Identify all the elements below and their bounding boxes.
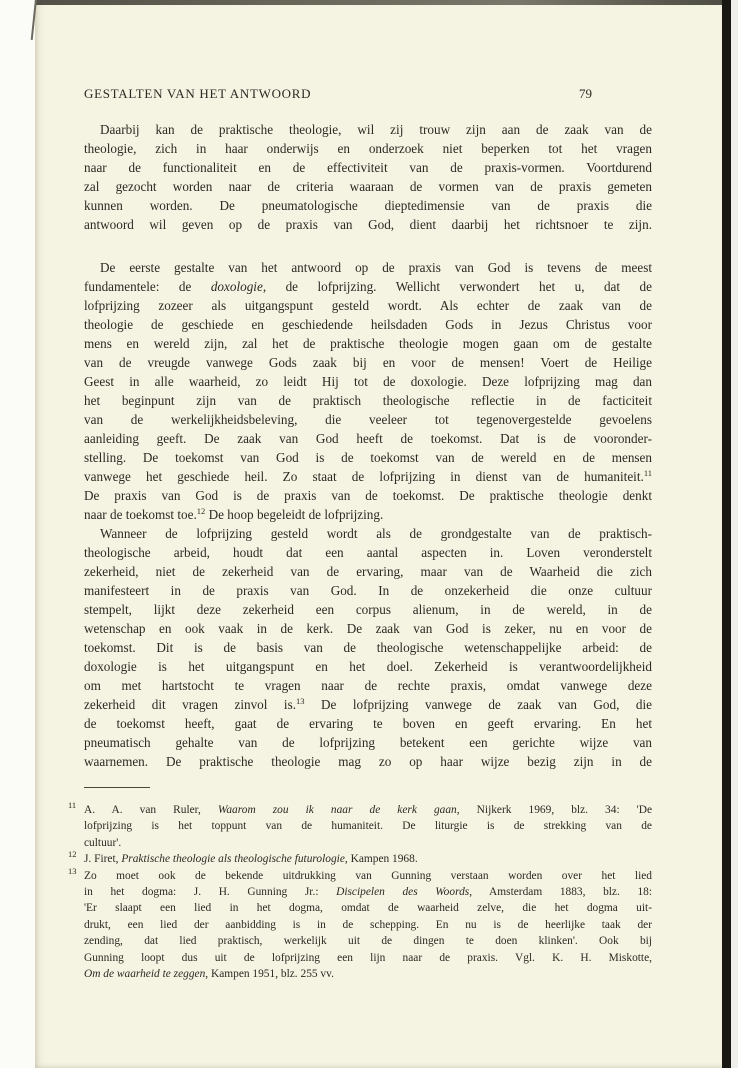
- scan-right-edge-bar: [722, 0, 731, 1068]
- text-line: manifesteert in de praxis van God. In de…: [84, 581, 652, 600]
- text-line: Geest in alle waarheid, zo leidt Hij tot…: [84, 372, 652, 391]
- footnote: 13Zo moet ook de bekende uitdrukking van…: [84, 868, 652, 983]
- footnote-ref: 13: [296, 696, 305, 706]
- text-segment: manifesteert in de praxis van God. In de…: [84, 583, 652, 598]
- text-line: De praxis van God is de praxis van de to…: [84, 486, 652, 505]
- footnote-ref: 12: [197, 506, 206, 516]
- italic-text: doxologie: [211, 279, 263, 294]
- text-segment: pneumatisch gehalte van de lofprijzing b…: [84, 735, 652, 750]
- text-line: het beginpunt zijn van de praktisch theo…: [84, 391, 652, 410]
- footnote-number: 12: [68, 849, 77, 859]
- text-line: Zo moet ook de bekende uitdrukking van G…: [84, 868, 652, 884]
- page-content: GESTALTEN VAN HET ANTWOORD 79 Daarbij ka…: [84, 86, 652, 982]
- footnotes: 11A. A. van Ruler, Waarom zou ik naar de…: [84, 802, 652, 982]
- text-segment: theologie, zich in haar onderwijs en ond…: [84, 141, 652, 156]
- text-segment: zending, dat lied praktisch, werkelijk u…: [84, 935, 652, 947]
- text-segment: de toekomst heeft, gaat de ervaring te b…: [84, 716, 652, 731]
- paragraph: Daarbij kan de praktische theologie, wil…: [84, 120, 652, 234]
- italic-text: Om de waarheid te zeggen: [84, 968, 205, 980]
- text-line: antwoord wil geven op de praxis van God,…: [84, 215, 652, 234]
- text-line: kunnen worden. De pneumatologische diept…: [84, 196, 652, 215]
- text-segment: antwoord wil geven op de praxis van God,…: [84, 217, 652, 232]
- text-line: zekerheid dit vragen zinvol is.13 De lof…: [84, 695, 652, 714]
- text-line: in het dogma: J. H. Gunning Jr.: Discipe…: [84, 884, 652, 900]
- text-segment: , Amsterdam 1883, blz. 18:: [469, 886, 652, 898]
- text-line: mens en wereld zijn, zal het de praktisc…: [84, 334, 652, 353]
- text-segment: vanwege het geschiede heil. Zo staat de …: [84, 469, 644, 484]
- text-segment: stelling. De toekomst van God is de toek…: [84, 450, 652, 465]
- text-segment: mens en wereld zijn, zal het de praktisc…: [84, 336, 652, 351]
- text-segment: Zo moet ook de bekende uitdrukking van G…: [84, 870, 652, 882]
- text-line: fundamentele: de doxologie, de lofprijzi…: [84, 277, 652, 296]
- text-segment: drukt, een lied der aanbidding is in de …: [84, 919, 652, 931]
- text-segment: De eerste gestalte van het antwoord op d…: [100, 260, 652, 275]
- text-line: drukt, een lied der aanbidding is in de …: [84, 917, 652, 933]
- text-line: 'Er slaapt een lied in het dogma, omdat …: [84, 900, 652, 916]
- scan-right-margin: [731, 0, 738, 1068]
- text-segment: J. Firet,: [84, 853, 121, 865]
- text-line: toekomst. Dit is de basis van de theolog…: [84, 638, 652, 657]
- text-segment: toekomst. Dit is de basis van de theolog…: [84, 640, 652, 655]
- text-segment: aanleiding geeft. De zaak van God heeft …: [84, 431, 652, 446]
- text-segment: De hoop begeleidt de lofprijzing.: [205, 507, 383, 522]
- page-number: 79: [579, 86, 592, 102]
- scanned-book-page: { "colors": { "paper": "#f5f3e2", "ink":…: [0, 0, 738, 1068]
- text-segment: , Nijkerk 1969, blz. 34: 'De: [457, 804, 652, 816]
- text-segment: waarnemen. De praktische theologie mag z…: [84, 754, 652, 769]
- text-line: zending, dat lied praktisch, werkelijk u…: [84, 933, 652, 949]
- paragraph: Wanneer de lofprijzing gesteld wordt als…: [84, 524, 652, 771]
- text-line: naar de functionaliteit en de effectivit…: [84, 158, 652, 177]
- italic-text: Waarom zou ik naar de kerk gaan: [218, 804, 457, 816]
- text-line: De eerste gestalte van het antwoord op d…: [84, 258, 652, 277]
- text-line: wetenschap en ook vaak in de kerk. De za…: [84, 619, 652, 638]
- text-segment: kunnen worden. De pneumatologische diept…: [84, 198, 652, 213]
- text-segment: stempelt, lijkt deze zekerheid een corpu…: [84, 602, 652, 617]
- text-line: vanwege het geschiede heil. Zo staat de …: [84, 467, 652, 486]
- text-segment: A. A. van Ruler,: [84, 804, 218, 816]
- text-segment: fundamentele: de: [84, 279, 211, 294]
- text-segment: lofprijzing zozeer als uitgangspunt gest…: [84, 298, 652, 313]
- paragraph: De eerste gestalte van het antwoord op d…: [84, 258, 652, 524]
- text-segment: om met hartstocht te vragen naar de rech…: [84, 678, 652, 693]
- text-segment: wetenschap en ook vaak in de kerk. De za…: [84, 621, 652, 636]
- text-segment: De lofprijzing vanwege de zaak van God, …: [305, 697, 652, 712]
- text-segment: Gunning loopt dus uit de lofprijzing een…: [84, 952, 652, 964]
- text-line: aanleiding geeft. De zaak van God heeft …: [84, 429, 652, 448]
- text-line: pneumatisch gehalte van de lofprijzing b…: [84, 733, 652, 752]
- footnote: 12J. Firet, Praktische theologie als the…: [84, 851, 652, 867]
- text-line: de toekomst heeft, gaat de ervaring te b…: [84, 714, 652, 733]
- text-segment: Wanneer de lofprijzing gesteld wordt als…: [100, 526, 652, 541]
- footnote-number: 11: [68, 800, 76, 810]
- text-line: Gunning loopt dus uit de lofprijzing een…: [84, 950, 652, 966]
- italic-text: Praktische theologie als theologische fu…: [121, 853, 345, 865]
- text-segment: cultuur'.: [84, 837, 121, 849]
- text-line: cultuur'.: [84, 835, 652, 851]
- scan-top-edge: [36, 0, 723, 5]
- text-segment: naar de toekomst toe.: [84, 507, 197, 522]
- running-header: GESTALTEN VAN HET ANTWOORD 79: [84, 86, 652, 102]
- text-segment: zal gezocht worden naar de criteria waar…: [84, 179, 652, 194]
- text-segment: De praxis van God is de praxis van de to…: [84, 488, 652, 503]
- text-line: theologie de geschiede en geschiedende h…: [84, 315, 652, 334]
- text-segment: , de lofprijzing. Wellicht verwondert he…: [263, 279, 652, 294]
- text-line: lofprijzing is het toppunt van de humani…: [84, 818, 652, 834]
- text-segment: van de werkelijkheidsbeleving, die veele…: [84, 412, 652, 427]
- footnote-rule: [84, 787, 150, 788]
- text-segment: , Kampen 1968.: [345, 853, 418, 865]
- text-segment: het beginpunt zijn van de praktisch theo…: [84, 393, 652, 408]
- text-line: Wanneer de lofprijzing gesteld wordt als…: [84, 524, 652, 543]
- text-segment: 'Er slaapt een lied in het dogma, omdat …: [84, 902, 652, 914]
- text-line: theologie, zich in haar onderwijs en ond…: [84, 139, 652, 158]
- text-line: stelling. De toekomst van God is de toek…: [84, 448, 652, 467]
- text-line: Daarbij kan de praktische theologie, wil…: [84, 120, 652, 139]
- text-segment: Daarbij kan de praktische theologie, wil…: [100, 122, 652, 137]
- text-segment: zekerheid dit vragen zinvol is.: [84, 697, 296, 712]
- text-line: Om de waarheid te zeggen, Kampen 1951, b…: [84, 966, 652, 982]
- text-line: waarnemen. De praktische theologie mag z…: [84, 752, 652, 771]
- italic-text: Discipelen des Woords: [336, 886, 469, 898]
- text-segment: zekerheid, niet de zekerheid van de erva…: [84, 564, 652, 579]
- text-segment: van de vreugde vanwege Gods zaak bij en …: [84, 355, 652, 370]
- text-line: stempelt, lijkt deze zekerheid een corpu…: [84, 600, 652, 619]
- text-line: theologische arbeid, houdt dat een aanta…: [84, 543, 652, 562]
- text-line: om met hartstocht te vragen naar de rech…: [84, 676, 652, 695]
- text-segment: in het dogma: J. H. Gunning Jr.:: [84, 886, 336, 898]
- running-title: GESTALTEN VAN HET ANTWOORD: [84, 86, 311, 101]
- text-segment: lofprijzing is het toppunt van de humani…: [84, 820, 652, 832]
- text-line: van de vreugde vanwege Gods zaak bij en …: [84, 353, 652, 372]
- text-line: naar de toekomst toe.12 De hoop begeleid…: [84, 505, 652, 524]
- text-line: zekerheid, niet de zekerheid van de erva…: [84, 562, 652, 581]
- text-line: van de werkelijkheidsbeleving, die veele…: [84, 410, 652, 429]
- text-line: zal gezocht worden naar de criteria waar…: [84, 177, 652, 196]
- text-segment: doxologie is het uitgangspunt en het doe…: [84, 659, 652, 674]
- text-line: J. Firet, Praktische theologie als theol…: [84, 851, 652, 867]
- text-line: A. A. van Ruler, Waarom zou ik naar de k…: [84, 802, 652, 818]
- footnote-ref: 11: [644, 468, 652, 478]
- text-segment: theologie de geschiede en geschiedende h…: [84, 317, 652, 332]
- footnote: 11A. A. van Ruler, Waarom zou ik naar de…: [84, 802, 652, 851]
- text-segment: Geest in alle waarheid, zo leidt Hij tot…: [84, 374, 652, 389]
- text-line: doxologie is het uitgangspunt en het doe…: [84, 657, 652, 676]
- text-segment: , Kampen 1951, blz. 255 vv.: [205, 968, 334, 980]
- footnote-number: 13: [68, 866, 77, 876]
- text-segment: naar de functionaliteit en de effectivit…: [84, 160, 652, 175]
- body-paragraphs: Daarbij kan de praktische theologie, wil…: [84, 120, 652, 771]
- text-line: lofprijzing zozeer als uitgangspunt gest…: [84, 296, 652, 315]
- text-segment: theologische arbeid, houdt dat een aanta…: [84, 545, 652, 560]
